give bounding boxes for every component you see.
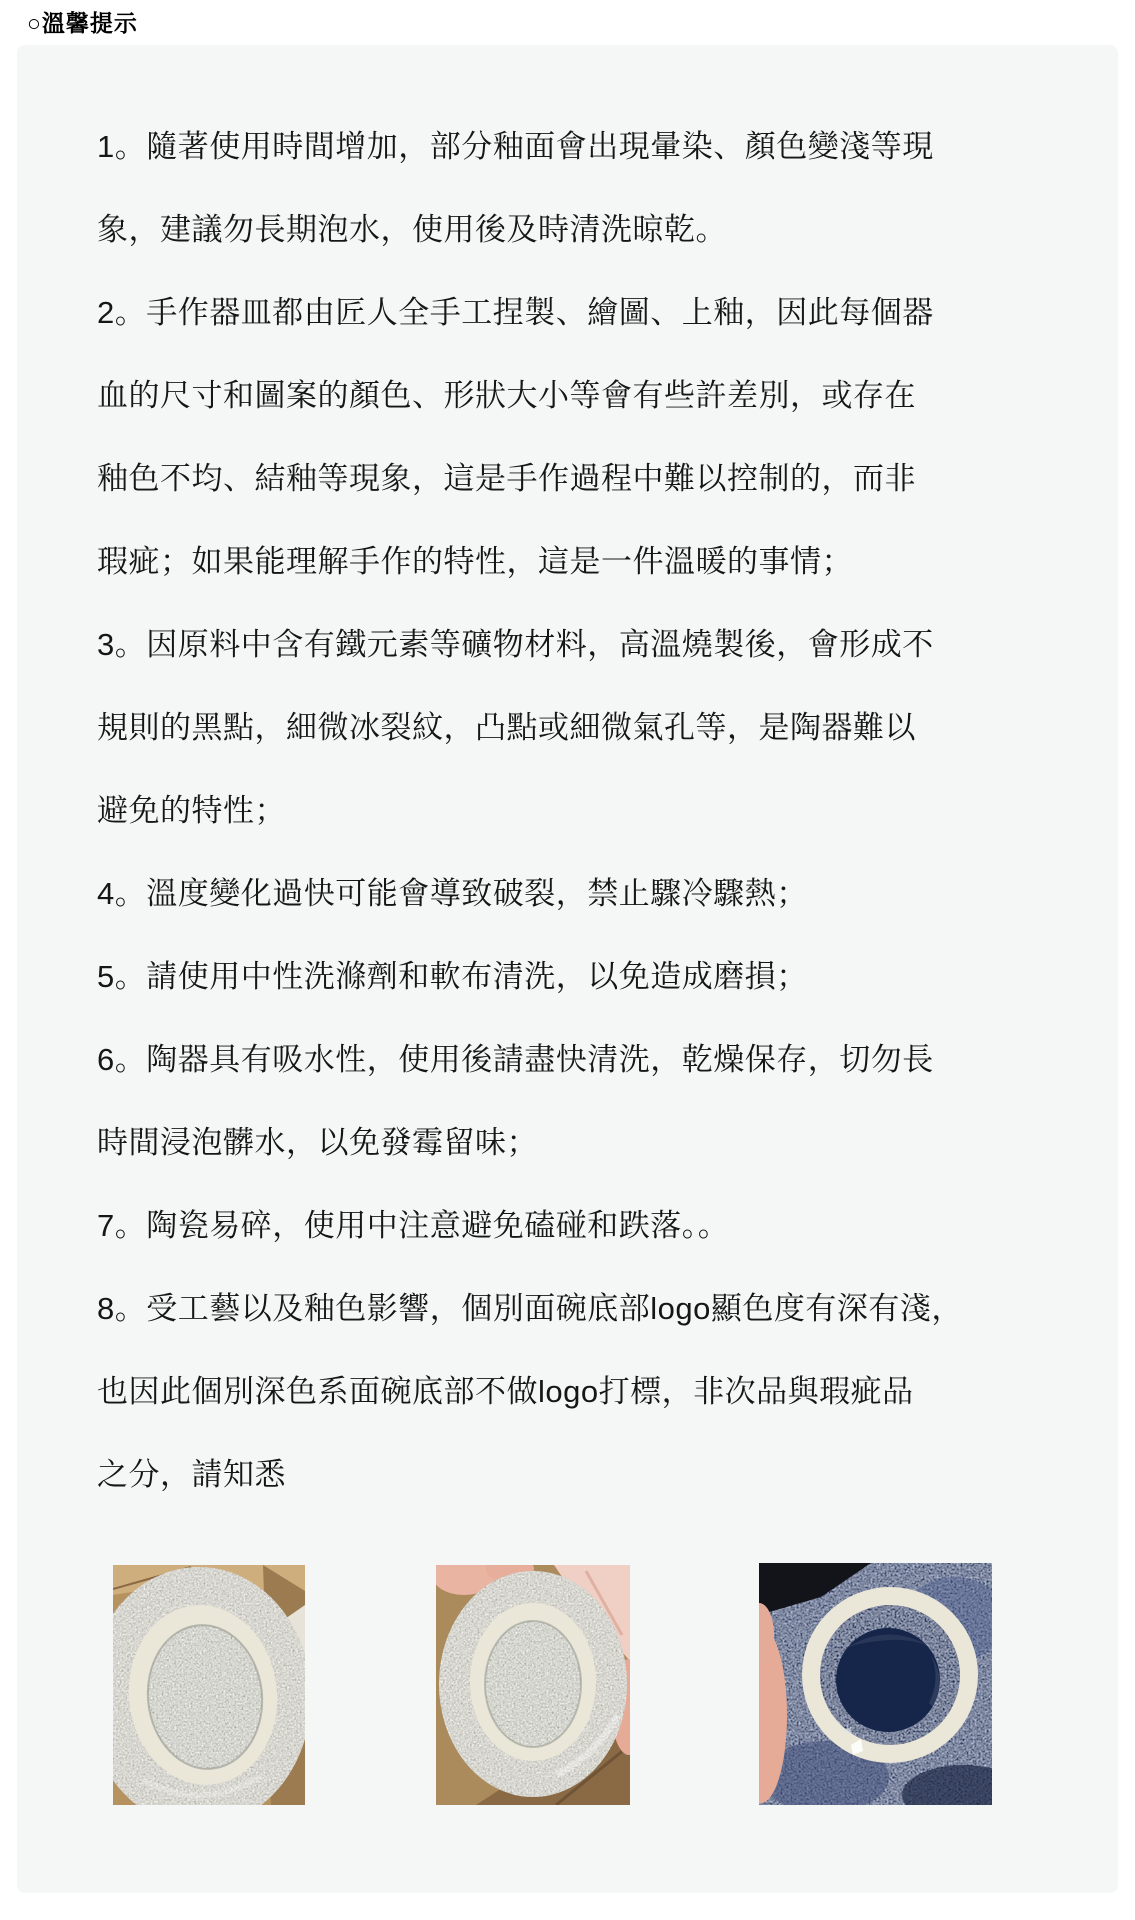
notice-lines: 1。隨著使用時間增加，部分釉面會出現暈染、顏色變淺等現象，建議勿長期泡水，使用後… — [97, 105, 963, 1516]
notice-line: 瑕疵；如果能理解手作的特性，這是一件溫暖的事情； — [97, 520, 963, 603]
product-photo-navy-bowl-hand — [759, 1563, 992, 1805]
photo-row — [17, 1565, 1118, 1807]
notice-line: 2。手作器皿都由匠人全手工捏製、繪圖、上釉，因此每個器 — [97, 271, 963, 354]
notice-line: 避免的特性； — [97, 769, 963, 852]
notice-line: 血的尺寸和圖案的顏色、形狀大小等會有些許差別，或存在 — [97, 354, 963, 437]
notice-card: 1。隨著使用時間增加，部分釉面會出現暈染、顏色變淺等現象，建議勿長期泡水，使用後… — [17, 45, 1118, 1893]
notice-line: 8。受工藝以及釉色影響，個別面碗底部logo顯色度有深有淺， — [97, 1267, 963, 1350]
notice-line: 4。溫度變化過快可能會導致破裂，禁止驟冷驟熱； — [97, 852, 963, 935]
notice-line: 釉色不均、結釉等現象，這是手作過程中難以控制的，而非 — [97, 437, 963, 520]
notice-line: 時間浸泡髒水，以免發霉留味； — [97, 1101, 963, 1184]
notice-line: 之分，請知悉 — [97, 1433, 963, 1516]
notice-line: 1。隨著使用時間增加，部分釉面會出現暈染、顏色變淺等現 — [97, 105, 963, 188]
notice-line: 象，建議勿長期泡水，使用後及時清洗晾乾。 — [97, 188, 963, 271]
product-description-page: ○溫馨提示 1。隨著使用時間增加，部分釉面會出現暈染、顏色變淺等現象，建議勿長期… — [0, 0, 1135, 1920]
notice-line: 3。因原料中含有鐵元素等礦物材料，高溫燒製後，會形成不 — [97, 603, 963, 686]
notice-line: 規則的黑點，細微冰裂紋，凸點或細微氣孔等，是陶器難以 — [97, 686, 963, 769]
notice-line: 6。陶器具有吸水性，使用後請盡快清洗，乾燥保存，切勿長 — [97, 1018, 963, 1101]
notice-line: 也因此個別深色系面碗底部不做logo打標，非次品與瑕疵品 — [97, 1350, 963, 1433]
product-photo-grey-bowl-hand — [436, 1565, 630, 1805]
notice-line: 5。請使用中性洗滌劑和軟布清洗，以免造成磨損； — [97, 935, 963, 1018]
product-photo-grey-bowl-box — [113, 1565, 305, 1805]
section-title: ○溫馨提示 — [27, 5, 138, 38]
notice-line: 7。陶瓷易碎，使用中注意避免磕碰和跌落。。 — [97, 1184, 963, 1267]
